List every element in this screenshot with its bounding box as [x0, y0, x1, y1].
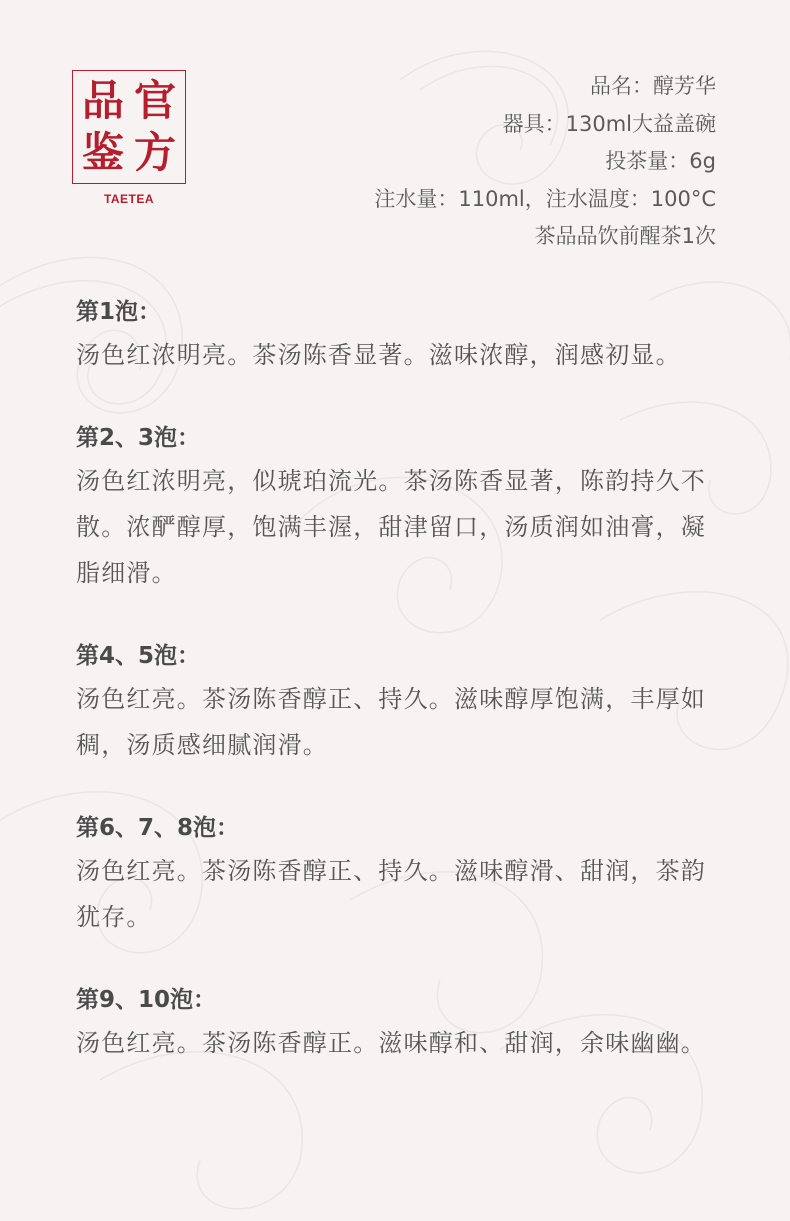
info-awakening: 茶品品饮前醒茶1次: [374, 218, 716, 256]
info-tea-amount: 投茶量：6g: [374, 143, 716, 181]
brand-subtitle: TAETEA: [72, 192, 186, 206]
infusion-description: 汤色红亮。茶汤陈香醇正、持久。滋味醇厚饱满，丰厚如稠，汤质感细腻润滑。: [76, 676, 726, 768]
logo-char-fang: 方: [134, 132, 176, 174]
infusion-title: 第2、3泡：: [76, 418, 726, 458]
brand-logo: 品 官 鉴 方: [72, 70, 186, 184]
infusion-section: 第9、10泡： 汤色红亮。茶汤陈香醇正。滋味醇和、甜润，余味幽幽。: [76, 980, 726, 1066]
info-vessel: 器具：130ml大益盖碗: [374, 106, 716, 144]
infusion-notes: 第1泡： 汤色红浓明亮。茶汤陈香显著。滋味浓醇，润感初显。 第2、3泡： 汤色红…: [76, 292, 726, 1106]
infusion-section: 第4、5泡： 汤色红亮。茶汤陈香醇正、持久。滋味醇厚饱满，丰厚如稠，汤质感细腻润…: [76, 636, 726, 768]
logo-char-jian: 鉴: [82, 132, 124, 174]
infusion-section: 第6、7、8泡： 汤色红亮。茶汤陈香醇正、持久。滋味醇滑、甜润，茶韵犹存。: [76, 808, 726, 940]
infusion-title: 第4、5泡：: [76, 636, 726, 676]
infusion-title: 第9、10泡：: [76, 980, 726, 1020]
logo-char-guan: 官: [134, 80, 176, 122]
info-water: 注水量：110ml，注水温度：100°C: [374, 181, 716, 219]
infusion-section: 第2、3泡： 汤色红浓明亮，似琥珀流光。茶汤陈香显著，陈韵持久不散。浓酽醇厚，饱…: [76, 418, 726, 596]
infusion-section: 第1泡： 汤色红浓明亮。茶汤陈香显著。滋味浓醇，润感初显。: [76, 292, 726, 378]
infusion-description: 汤色红亮。茶汤陈香醇正、持久。滋味醇滑、甜润，茶韵犹存。: [76, 848, 726, 940]
infusion-description: 汤色红亮。茶汤陈香醇正。滋味醇和、甜润，余味幽幽。: [76, 1020, 726, 1066]
info-product-name: 品名：醇芳华: [374, 68, 716, 106]
infusion-title: 第1泡：: [76, 292, 726, 332]
infusion-description: 汤色红浓明亮。茶汤陈香显著。滋味浓醇，润感初显。: [76, 332, 726, 378]
infusion-title: 第6、7、8泡：: [76, 808, 726, 848]
tasting-info: 品名：醇芳华 器具：130ml大益盖碗 投茶量：6g 注水量：110ml，注水温…: [374, 68, 716, 256]
infusion-description: 汤色红浓明亮，似琥珀流光。茶汤陈香显著，陈韵持久不散。浓酽醇厚，饱满丰渥，甜津留…: [76, 458, 726, 596]
logo-char-pin: 品: [82, 80, 124, 122]
